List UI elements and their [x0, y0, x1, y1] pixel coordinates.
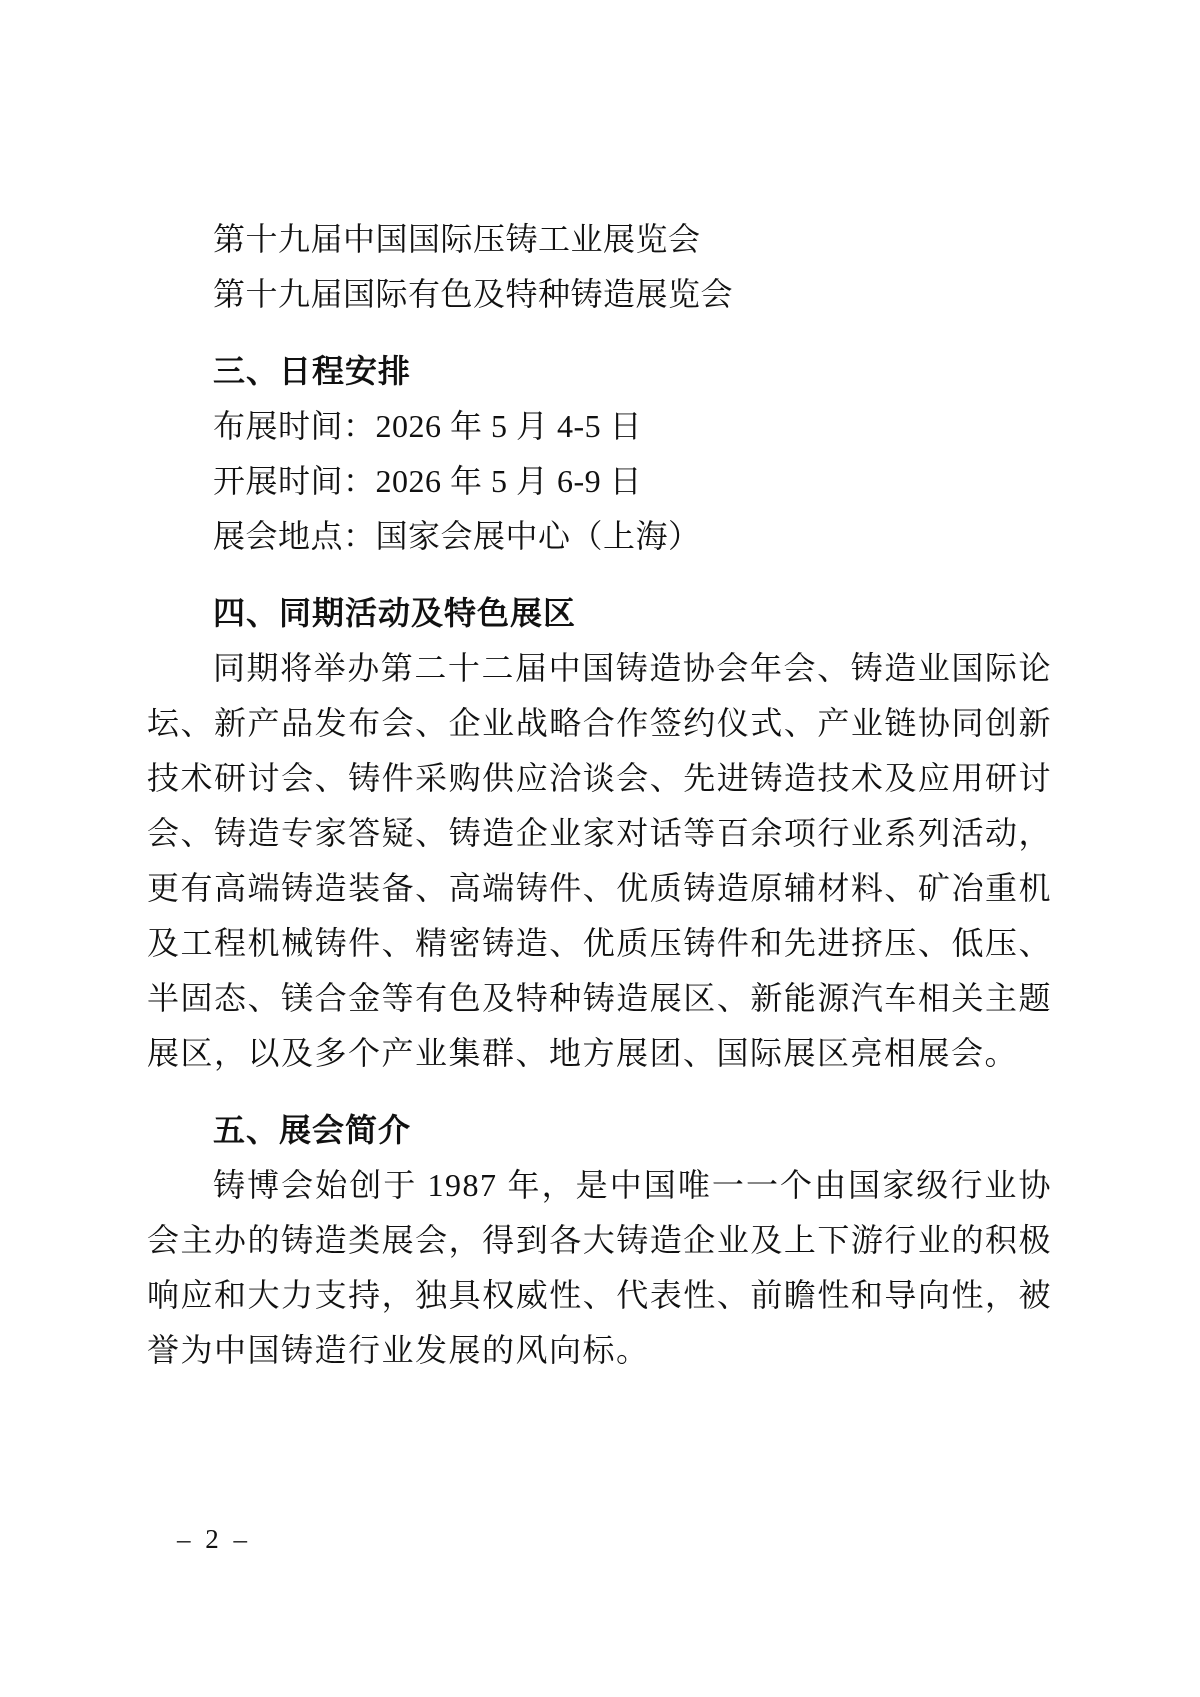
exhibition-title-line-1: 第十九届中国国际压铸工业展览会 — [147, 212, 1052, 267]
document-body: 第十九届中国国际压铸工业展览会 第十九届国际有色及特种铸造展览会 三、日程安排 … — [147, 212, 1052, 1378]
page-number: – 2 – — [177, 1524, 251, 1554]
setup-time-line: 布展时间：2026 年 5 月 4-5 日 — [147, 399, 1052, 454]
section-heading-concurrent-activities: 四、同期活动及特色展区 — [147, 586, 1052, 641]
section-heading-schedule: 三、日程安排 — [147, 344, 1052, 399]
venue-line: 展会地点：国家会展中心（上海） — [147, 509, 1052, 564]
opening-time-line: 开展时间：2026 年 5 月 6-9 日 — [147, 454, 1052, 509]
exhibition-intro-paragraph: 铸博会始创于 1987 年，是中国唯一一个由国家级行业协会主办的铸造类展会，得到… — [147, 1158, 1052, 1378]
document-page: 第十九届中国国际压铸工业展览会 第十九届国际有色及特种铸造展览会 三、日程安排 … — [0, 0, 1200, 1697]
section-heading-exhibition-intro: 五、展会简介 — [147, 1103, 1052, 1158]
exhibition-title-line-2: 第十九届国际有色及特种铸造展览会 — [147, 267, 1052, 322]
concurrent-activities-paragraph: 同期将举办第二十二届中国铸造协会年会、铸造业国际论坛、新产品发布会、企业战略合作… — [147, 641, 1052, 1081]
